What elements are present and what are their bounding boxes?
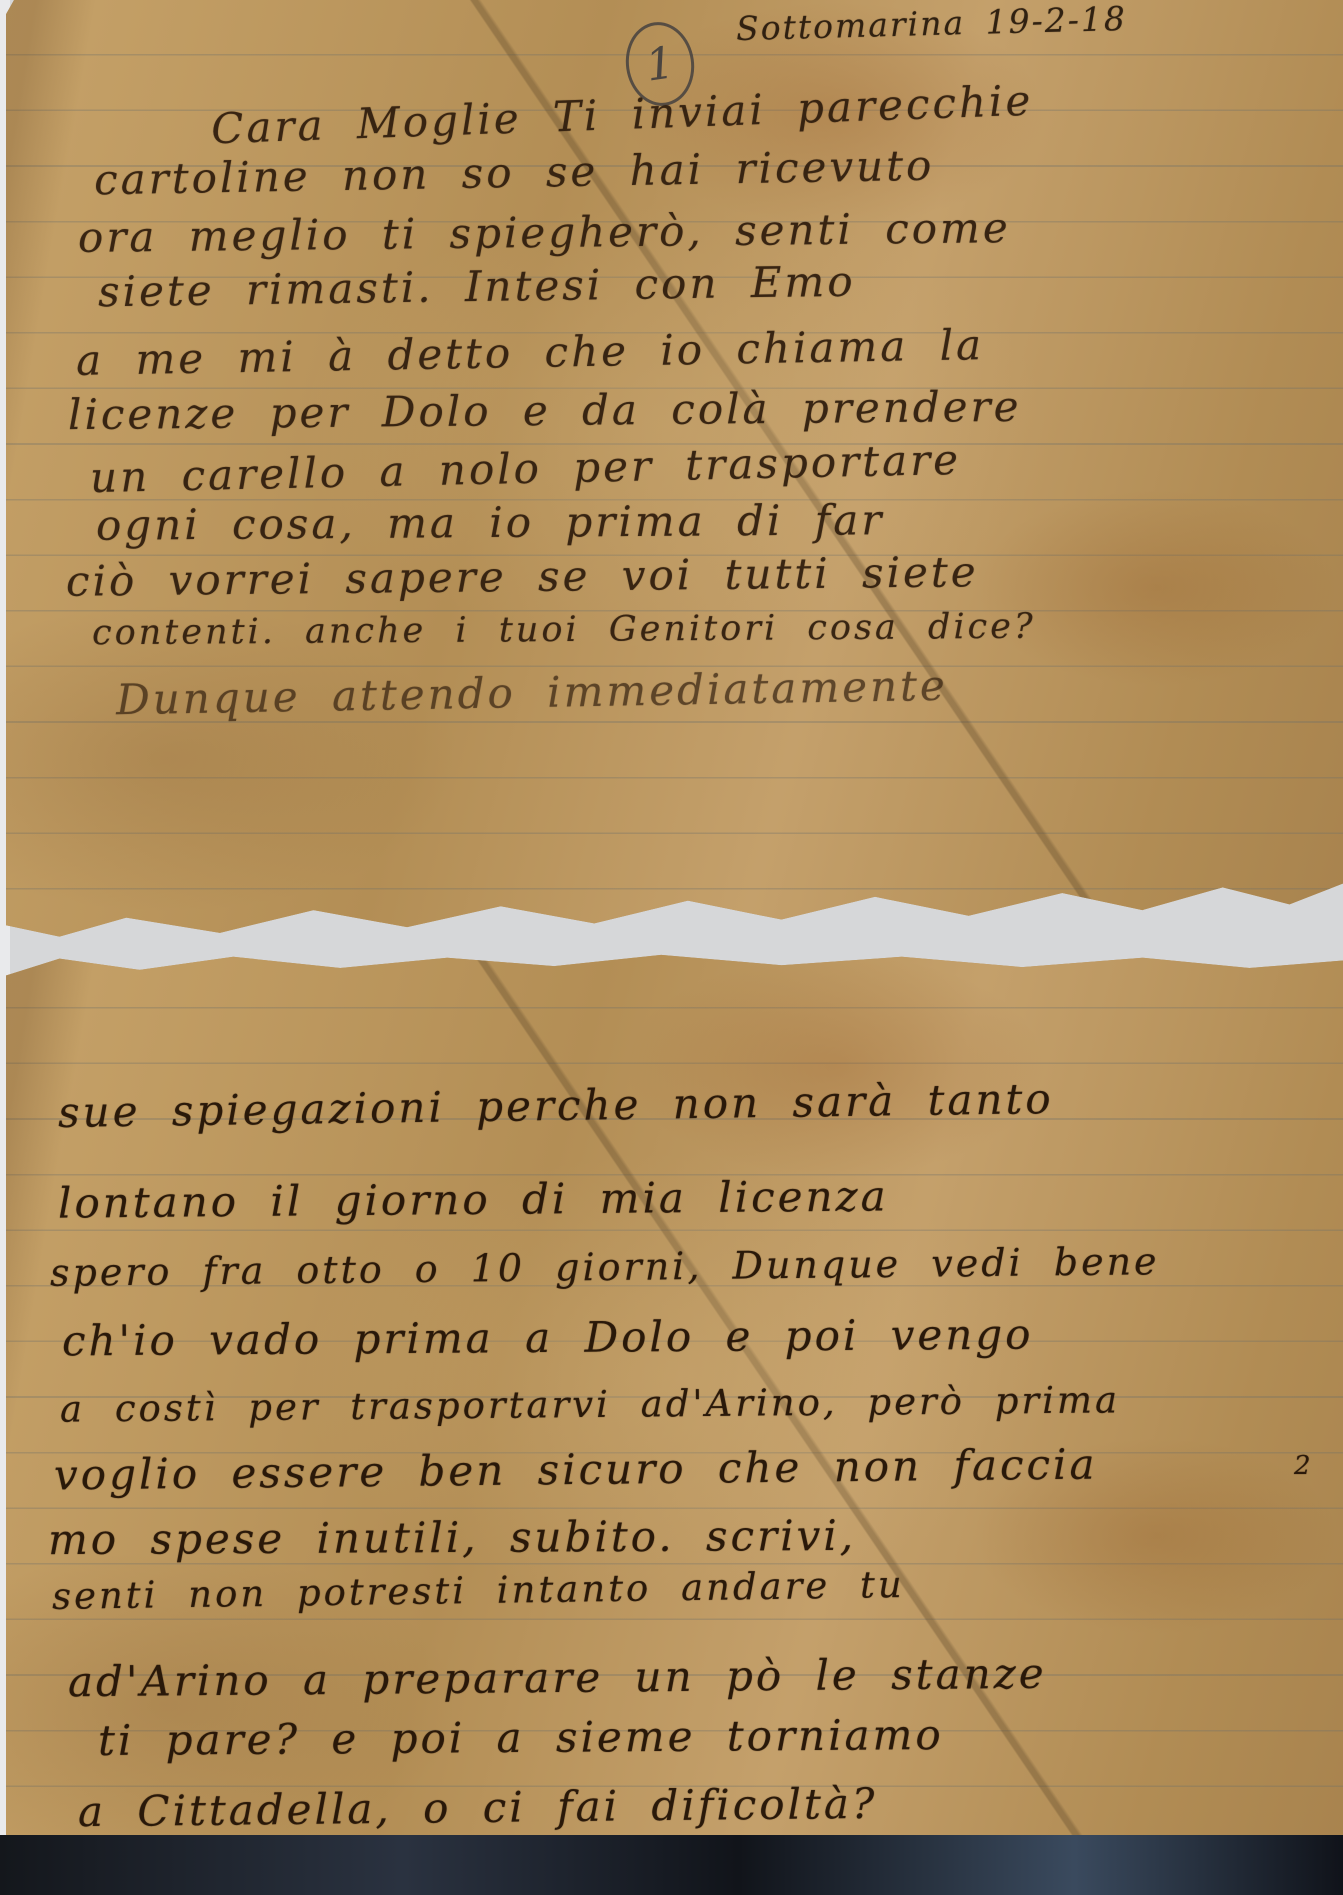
handwritten-line: spero fra otto o 10 giorni, Dunque vedi … [50, 1239, 1160, 1295]
handwritten-line: ad'Arino a preparare un pò le stanze [68, 1649, 1047, 1707]
handwritten-line: ch'io vado prima a Dolo e poi vengo [62, 1310, 1034, 1366]
handwritten-line: voglio essere ben sicuro che non faccia [54, 1440, 1098, 1500]
handwritten-line: licenze per Dolo e da colà prendere [68, 382, 1022, 439]
handwritten-line: ora meglio ti spiegherò, senti come [78, 203, 1011, 262]
handwritten-line: un carello a nolo per trasportare [90, 435, 962, 502]
handwritten-line: mo spese inutili, subito. scrivi, [48, 1511, 856, 1564]
dateline: Sottomarina 19-2-18 [736, 0, 1128, 48]
scanner-dark-edge [0, 1835, 1343, 1895]
handwritten-line: a me mi à detto che io chiama la [76, 320, 985, 385]
margin-mark: 2 [1294, 1451, 1314, 1481]
handwritten-line: siete rimasti. Intesi con Emo [98, 257, 856, 317]
handwritten-line: sue spiegazioni perche non sarà tanto [58, 1074, 1054, 1137]
handwritten-line: a costì per trasportarvi ad'Arino, però … [60, 1378, 1120, 1430]
letter-page-2: sue spiegazioni perche non sarà tanto lo… [6, 953, 1343, 1893]
handwritten-line: lontano il giorno di mia licenza [58, 1171, 889, 1227]
handwritten-line: senti non potresti intanto andare tu [52, 1563, 905, 1618]
handwritten-line: ogni cosa, ma io prima di far [96, 495, 885, 550]
handwritten-line: ciò vorrei sapere se voi tutti siete [66, 547, 979, 606]
page-number: 1 [643, 37, 678, 91]
letter-page-1: 1 Sottomarina 19-2-18 Cara Moglie Ti inv… [6, 0, 1343, 948]
handwritten-line: a Cittadella, o ci fai dificoltà? [78, 1779, 878, 1836]
handwritten-line: ti pare? e poi a sieme torniamo [98, 1710, 944, 1765]
handwritten-line: Dunque attendo immediatamente [116, 661, 949, 725]
handwritten-line: contenti. anche i tuoi Genitori cosa dic… [92, 607, 1036, 654]
